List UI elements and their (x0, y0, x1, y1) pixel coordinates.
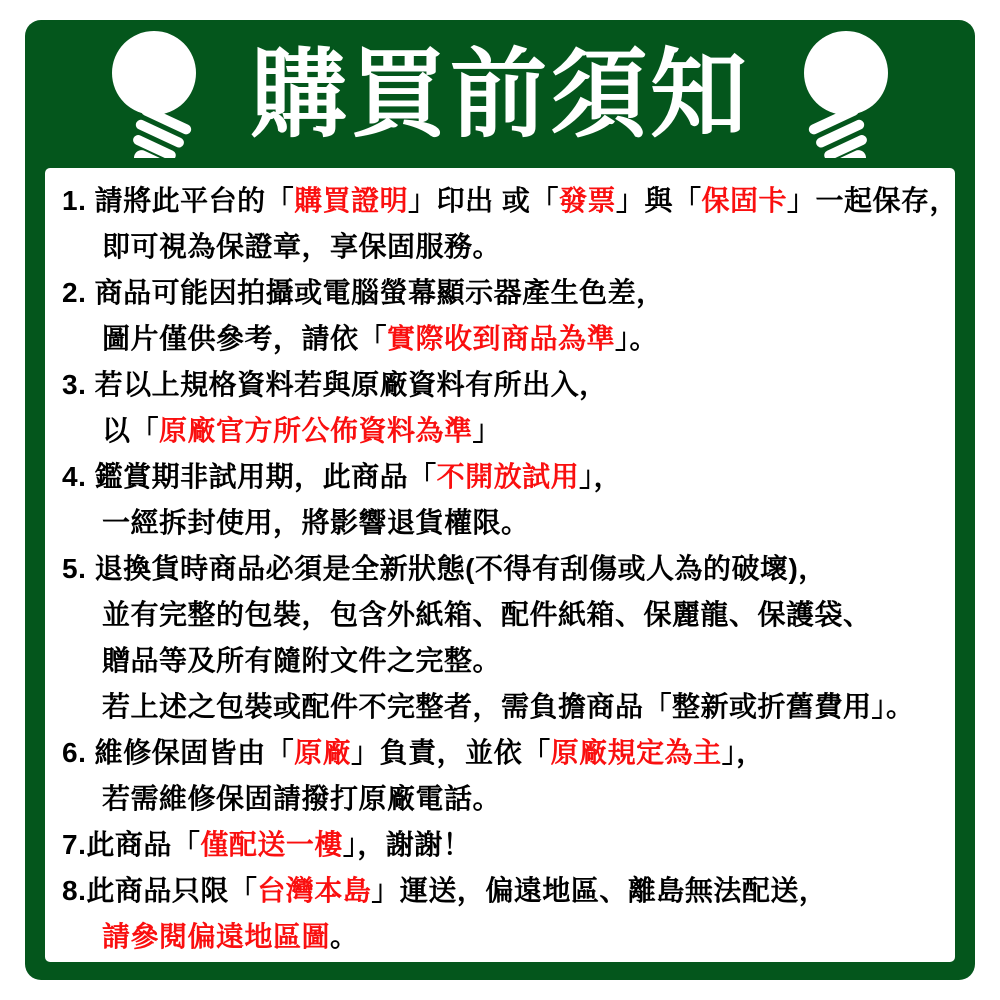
notice-text: 」印出 或「 (408, 185, 559, 216)
highlighted-text: 實際收到商品為準 (387, 323, 615, 354)
notice-panel: 購買前須知 1. 請將此平台的「購買證明」印出 或「發票」與「保固卡」一起保存，… (25, 20, 975, 980)
header-banner: 購買前須知 (25, 20, 975, 168)
notice-text: 圖片僅供參考，請依「 (102, 323, 387, 354)
notice-line: 贈品等及所有隨附文件之完整。 (62, 638, 955, 684)
notice-text: 」與「 (616, 185, 702, 216)
notice-line: 7.此商品「僅配送一樓」，謝謝！ (62, 822, 955, 868)
highlighted-text: 不開放試用 (437, 461, 580, 492)
notice-text: 若需維修保固請撥打原廠電話。 (102, 783, 501, 814)
notice-text: 」。 (615, 323, 658, 354)
notice-text: 若上述之包裝或配件不完整者，需負擔商品「整新或折舊費用」。 (102, 691, 915, 722)
notice-text: 4. 鑑賞期非試用期，此商品「 (62, 461, 437, 492)
notice-text: 2. 商品可能因拍攝或電腦螢幕顯示器產生色差， (62, 277, 665, 308)
lightbulb-icon (796, 30, 891, 158)
notice-line: 以「原廠官方所公佈資料為準」 (62, 408, 955, 454)
notice-line: 並有完整的包裝，包含外紙箱、配件紙箱、保麗龍、保護袋、 (62, 592, 955, 638)
notice-line: 2. 商品可能因拍攝或電腦螢幕顯示器產生色差， (62, 270, 955, 316)
highlighted-text: 購買證明 (294, 185, 408, 216)
highlighted-text: 原廠 (294, 737, 351, 768)
notice-line: 4. 鑑賞期非試用期，此商品「不開放試用」， (62, 454, 955, 500)
highlighted-text: 原廠規定為主 (551, 737, 722, 768)
notice-line: 即可視為保證章，享保固服務。 (62, 224, 955, 270)
notice-line: 一經拆封使用，將影響退貨權限。 (62, 500, 955, 546)
highlighted-text: 台灣本島 (257, 875, 371, 906)
highlighted-text: 保固卡 (701, 185, 787, 216)
notice-line: 1. 請將此平台的「購買證明」印出 或「發票」與「保固卡」一起保存， (62, 178, 955, 224)
notice-text: 6. 維修保固皆由「 (62, 737, 294, 768)
notice-text: 即可視為保證章，享保固服務。 (102, 231, 501, 262)
notice-text: 」 (473, 415, 502, 446)
notice-text: 5. 退換貨時商品必須是全新狀態(不得有刮傷或人為的破壞)， (62, 553, 827, 584)
page-title: 購買前須知 (250, 46, 750, 143)
notice-text: 3. 若以上規格資料若與原廠資料有所出入， (62, 369, 608, 400)
notice-line: 圖片僅供參考，請依「實際收到商品為準」。 (62, 316, 955, 362)
notice-list: 1. 請將此平台的「購買證明」印出 或「發票」與「保固卡」一起保存，即可視為保證… (45, 168, 955, 962)
notice-text: 」運送，偏遠地區、離島無法配送， (371, 875, 827, 906)
highlighted-text: 發票 (559, 185, 616, 216)
notice-line: 若需維修保固請撥打原廠電話。 (62, 776, 955, 822)
notice-line: 請參閱偏遠地區圖。 (62, 914, 955, 960)
notice-text: 以「 (102, 415, 159, 446)
notice-text: 1. 請將此平台的「 (62, 185, 294, 216)
notice-line: 5. 退換貨時商品必須是全新狀態(不得有刮傷或人為的破壞)， (62, 546, 955, 592)
notice-text: 8.此商品只限「 (62, 875, 257, 906)
lightbulb-icon (109, 30, 204, 158)
highlighted-text: 僅配送一樓 (200, 829, 343, 860)
notice-text: 。 (330, 921, 359, 952)
notice-text: 一經拆封使用，將影響退貨權限。 (102, 507, 530, 538)
notice-line: 8.此商品只限「台灣本島」運送，偏遠地區、離島無法配送， (62, 868, 955, 914)
notice-text: 」， (722, 737, 765, 768)
notice-text: 並有完整的包裝，包含外紙箱、配件紙箱、保麗龍、保護袋、 (102, 599, 872, 630)
notice-line: 6. 維修保固皆由「原廠」負責，並依「原廠規定為主」， (62, 730, 955, 776)
notice-line: 若上述之包裝或配件不完整者，需負擔商品「整新或折舊費用」。 (62, 684, 955, 730)
notice-text: 7.此商品「 (62, 829, 200, 860)
highlighted-text: 請參閱偏遠地區圖 (102, 921, 330, 952)
notice-text: 」負責，並依「 (351, 737, 551, 768)
notice-text: 贈品等及所有隨附文件之完整。 (102, 645, 501, 676)
highlighted-text: 原廠官方所公佈資料為準 (159, 415, 473, 446)
notice-line: 3. 若以上規格資料若與原廠資料有所出入， (62, 362, 955, 408)
notice-text: 」， (579, 461, 622, 492)
notice-text: 」，謝謝！ (343, 829, 472, 860)
notice-text: 」一起保存， (787, 185, 955, 216)
